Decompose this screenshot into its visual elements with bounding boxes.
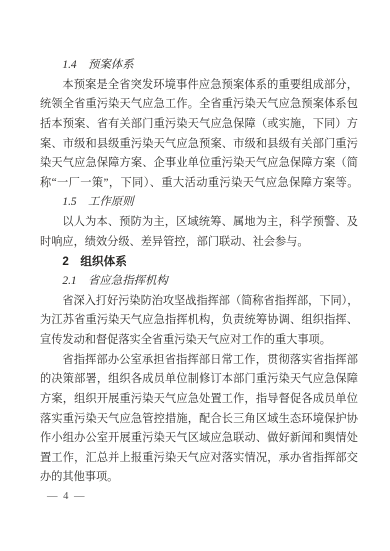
text-line: 落实重污染天气应急管控措施，配合长三角区域生态环境保护协	[40, 410, 358, 430]
text-line: 案、市级和县级重污染天气应急预案、市级和县级有关部门重污	[40, 135, 358, 155]
text-line: 为江苏省重污染天气应急指挥机构，负责统筹协调、组织指挥、	[40, 311, 358, 331]
text-line: 省深入打好污染防治攻坚战指挥部（简称省指挥部，下同），	[40, 292, 358, 312]
text-line: 作小组办公室开展重污染天气区域应急联动、做好新闻和舆情处	[40, 429, 358, 449]
page-number: — 4 —	[47, 490, 86, 504]
section-heading: 1.4 预案体系	[40, 56, 358, 76]
document-page: 1.4 预案体系本预案是全省突发环境事件应急预案体系的重要组成部分，统领全省重污…	[0, 0, 390, 551]
text-line: 时响应，绩效分级、差异管控，部门联动、社会参与。	[40, 233, 358, 253]
text-line: 方案，组织开展重污染天气应急处置工作，指导督促各成员单位	[40, 390, 358, 410]
section-heading: 1.5 工作原则	[40, 193, 358, 213]
document-body: 1.4 预案体系本预案是全省突发环境事件应急预案体系的重要组成部分，统领全省重污…	[40, 56, 358, 488]
text-line: 置工作，汇总并上报重污染天气应对落实情况，承办省指挥部交	[40, 449, 358, 469]
section-heading: 2 组织体系	[40, 252, 358, 272]
section-heading: 2.1 省应急指挥机构	[40, 272, 358, 292]
text-line: 以人为本、预防为主，区域统筹、属地为主，科学预警、及	[40, 213, 358, 233]
text-line: 本预案是全省突发环境事件应急预案体系的重要组成部分，	[40, 76, 358, 96]
text-line: 办的其他事项。	[40, 468, 358, 488]
text-line: 括本预案、省有关部门重污染天气应急保障（或实施，下同）方	[40, 115, 358, 135]
text-line: 统领全省重污染天气应急工作。全省重污染天气应急预案体系包	[40, 95, 358, 115]
text-line: 的决策部署，组织各成员单位制修订本部门重污染天气应急保障	[40, 370, 358, 390]
text-line: 宣传发动和督促落实全省重污染天气应对工作的重大事项。	[40, 331, 358, 351]
text-line: 称“一厂一策”，下同）、重大活动重污染天气应急保障方案等。	[40, 174, 358, 194]
text-line: 省指挥部办公室承担省指挥部日常工作，贯彻落实省指挥部	[40, 351, 358, 371]
text-line: 染天气应急保障方案、企事业单位重污染天气应急保障方案（简	[40, 154, 358, 174]
